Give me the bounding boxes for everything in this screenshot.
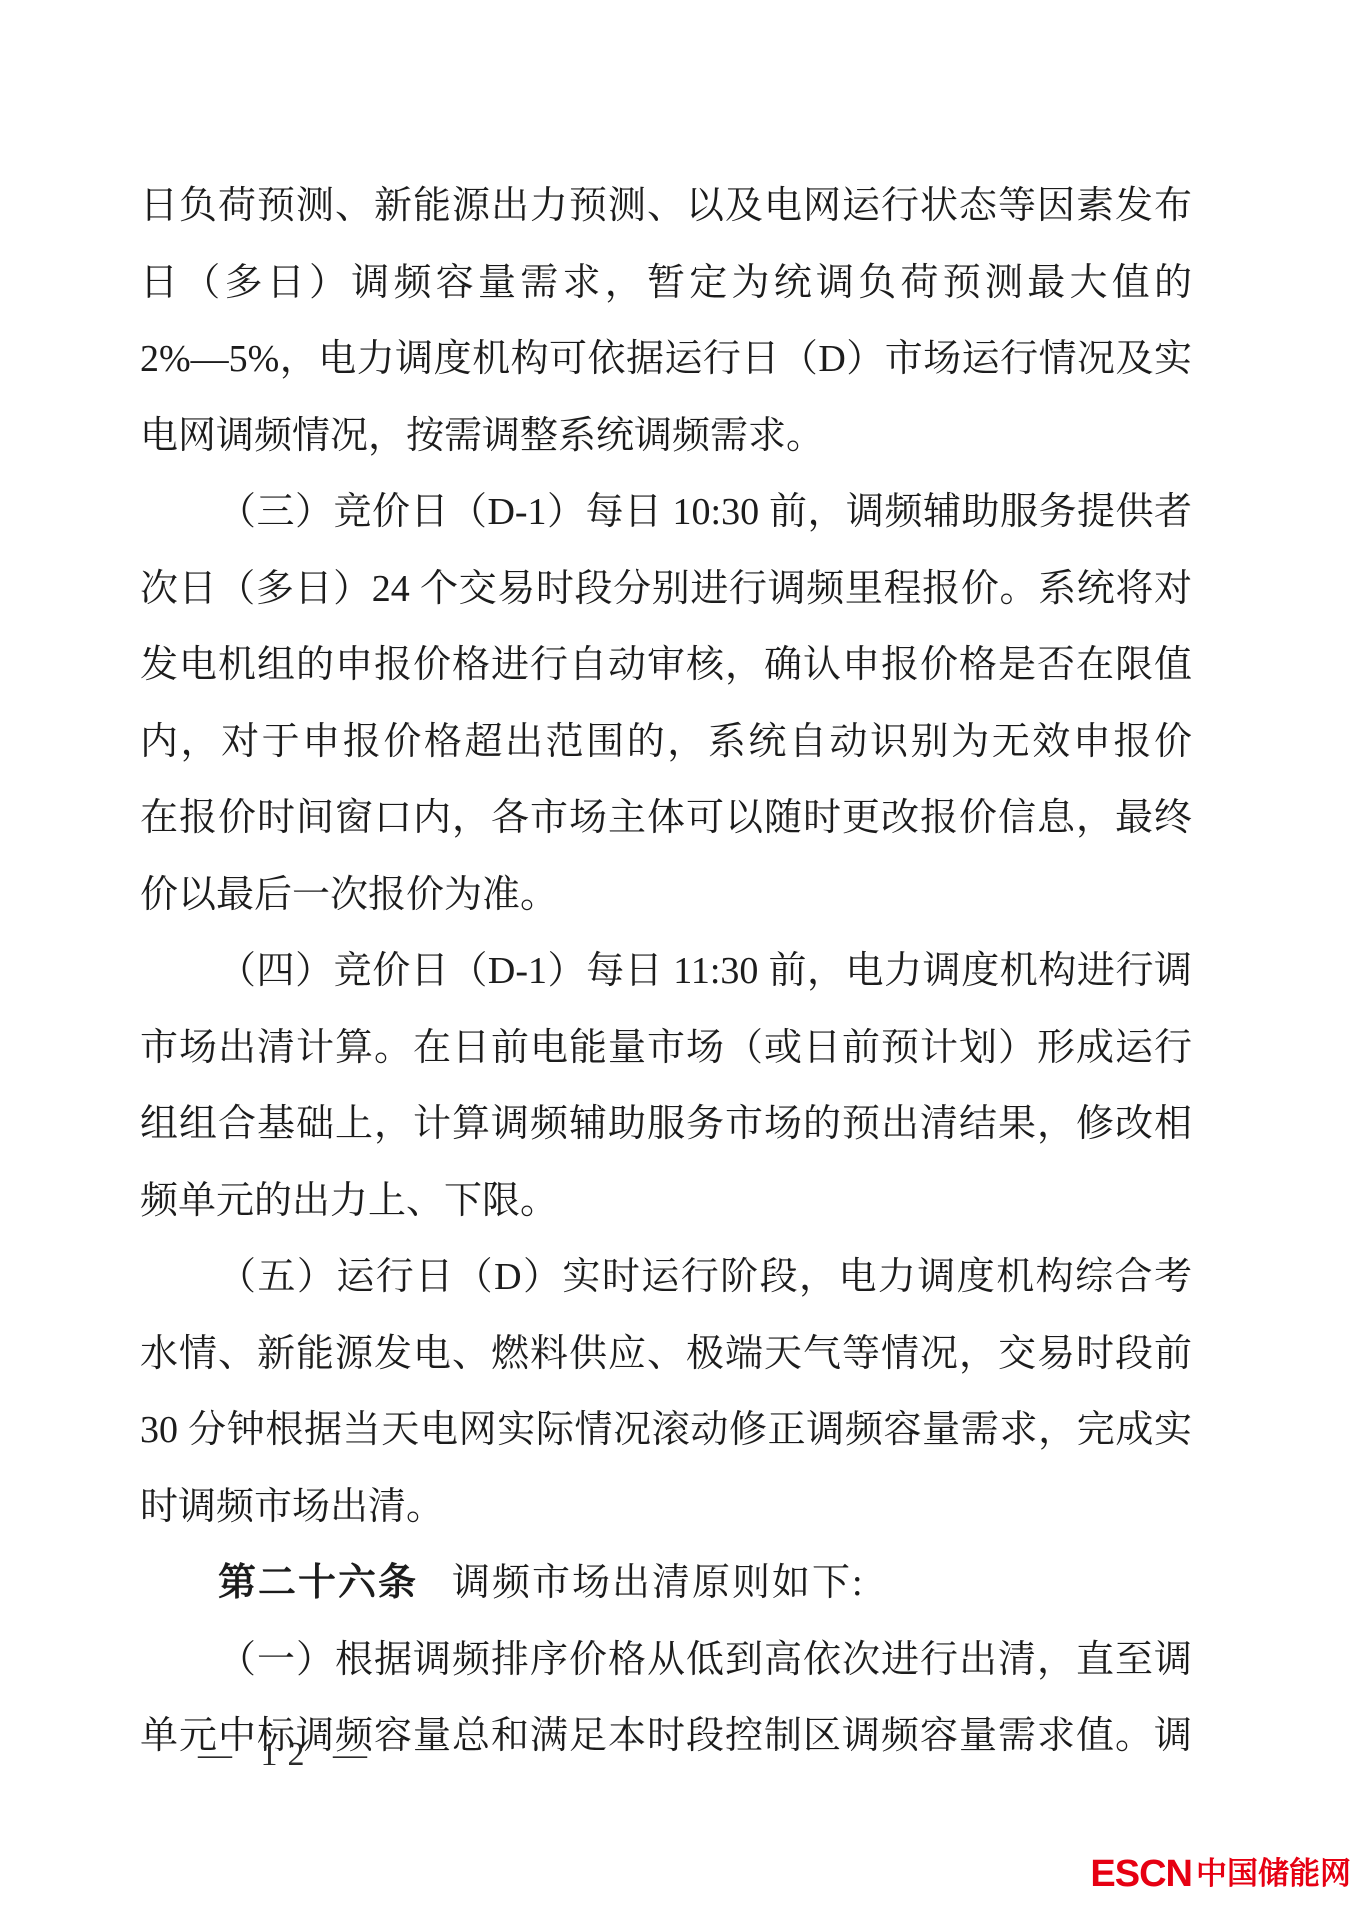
body-line: 次日（多日）24 个交易时段分别进行调频里程报价。系统将对各 [140,551,1192,628]
body-line: 内，对于申报价格超出范围的，系统自动识别为无效申报价格。 [140,704,1192,781]
logo-cjk-text: 中国储能网 [1196,1856,1351,1891]
body-line: 日（多日）调频容量需求，暂定为统调负荷预测最大值的 [140,245,1192,322]
heading-text: 调频市场出清原则如下: [452,1562,865,1604]
body-line: 2%—5%，电力调度机构可依据运行日（D）市场运行情况及实际 [140,321,1192,398]
logo-latin-text: ESCN [1090,1853,1192,1895]
body-line: （三）竞价日（D-1）每日 10:30 前，调频辅助服务提供者对 [140,474,1192,551]
body-line: 频单元的出力上、下限。 [140,1163,1192,1240]
body-line: 价以最后一次报价为准。 [140,857,1192,934]
body-line: 市场出清计算。在日前电能量市场（或日前预计划）形成运行日机 [140,1010,1192,1087]
body-line: 组组合基础上，计算调频辅助服务市场的预出清结果，修改相应调 [140,1086,1192,1163]
section-heading: 第二十六条调频市场出清原则如下: [140,1545,1192,1622]
body-line: 在报价时间窗口内，各市场主体可以随时更改报价信息，最终报 [140,780,1192,857]
body-line: （四）竞价日（D-1）每日 11:30 前，电力调度机构进行调频 [140,933,1192,1010]
page-number: — 12 — [198,1736,377,1774]
document-page: 日负荷预测、新能源出力预测、以及电网运行状态等因素发布次 日（多日）调频容量需求… [0,0,1367,1921]
heading-number: 第二十六条 [218,1562,418,1604]
body-line: 时调频市场出清。 [140,1469,1192,1546]
body-line: 30 分钟根据当天电网实际情况滚动修正调频容量需求，完成实 [140,1392,1192,1469]
body-line: （五）运行日（D）实时运行阶段，电力调度机构综合考虑 [140,1239,1192,1316]
body-line: 电网调频情况，按需调整系统调频需求。 [140,398,1192,475]
text-block: 日负荷预测、新能源出力预测、以及电网运行状态等因素发布次 日（多日）调频容量需求… [140,168,1192,1775]
body-line: 发电机组的申报价格进行自动审核，确认申报价格是否在限值以 [140,627,1192,704]
body-line: 日负荷预测、新能源出力预测、以及电网运行状态等因素发布次 [140,168,1192,245]
body-line: （一）根据调频排序价格从低到高依次进行出清，直至调频 [140,1622,1192,1699]
body-line: 水情、新能源发电、燃料供应、极端天气等情况，交易时段前 [140,1316,1192,1393]
escn-logo: ESCN中国储能网 [1090,1854,1351,1900]
